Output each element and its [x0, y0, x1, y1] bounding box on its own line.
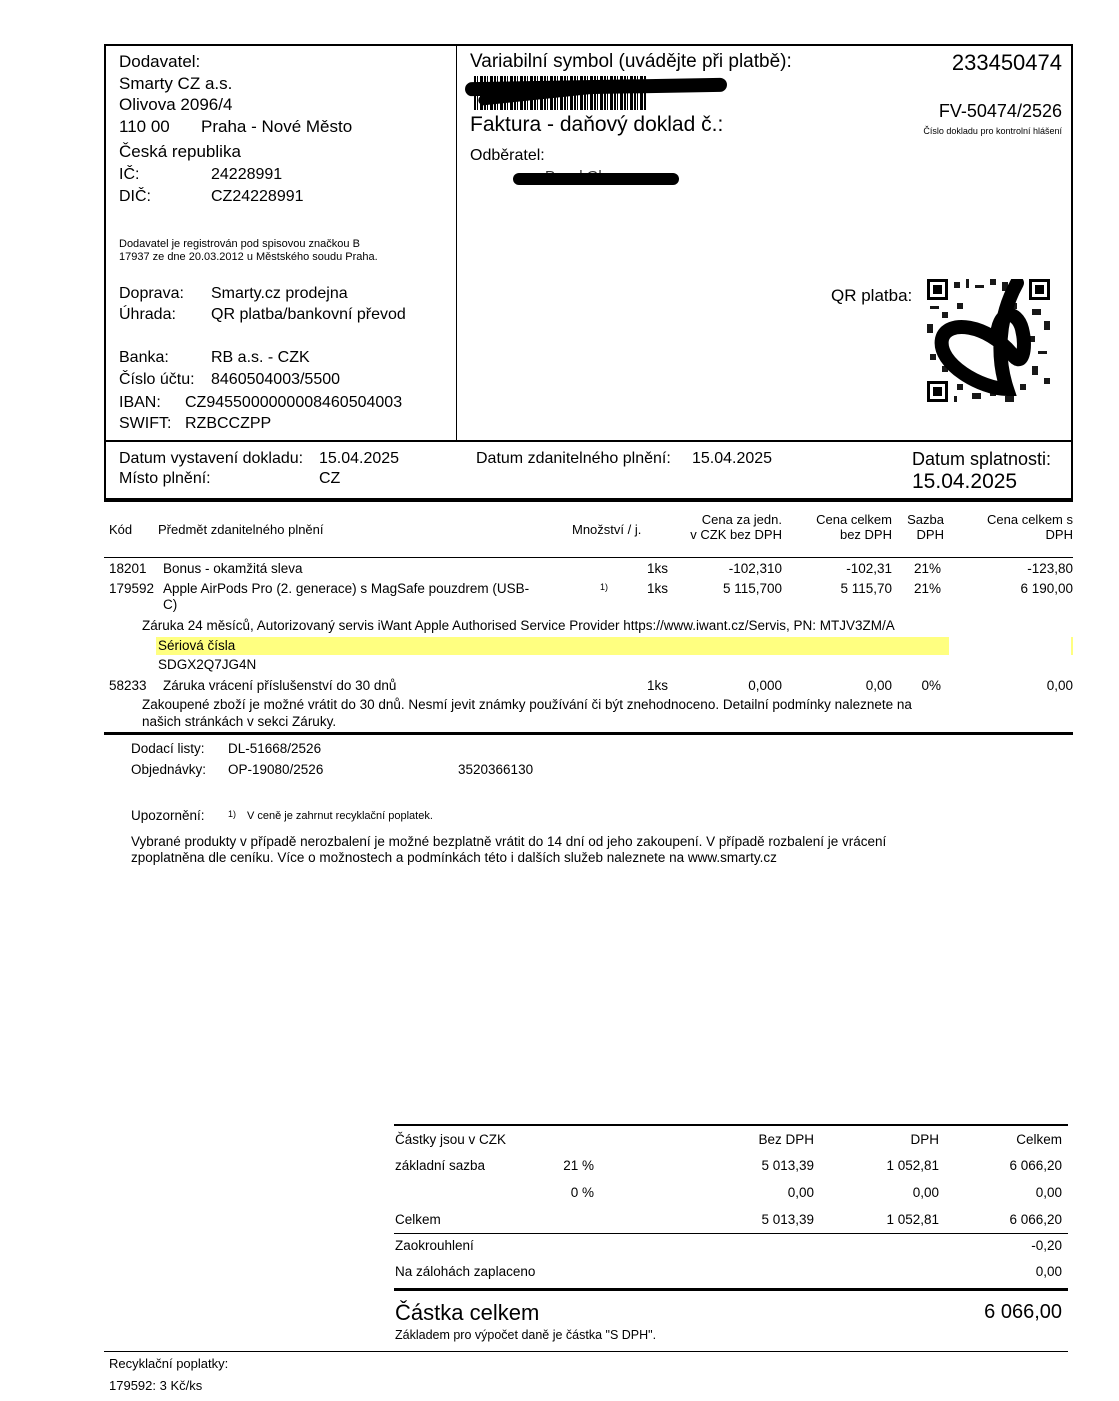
- item-vat: 0%: [921, 678, 941, 694]
- redaction-mark: [513, 173, 679, 185]
- taxable-date-label: Datum zdanitelného plnění:: [476, 449, 671, 468]
- delivery-value: Smarty.cz prodejna: [211, 285, 348, 303]
- place-value: CZ: [319, 469, 340, 488]
- due-date: 15.04.2025: [912, 469, 1017, 494]
- item-code: 58233: [109, 678, 147, 694]
- registration-line-1: Dodavatel je registrován pod spisovou zn…: [119, 238, 360, 251]
- serial-label: Sériová čísla: [158, 638, 235, 654]
- totals-top-rule: [394, 1124, 1068, 1126]
- recycling-line: 179592: 3 Kč/ks: [109, 1378, 202, 1394]
- due-date-label: Datum splatnosti:: [912, 448, 1051, 470]
- document-number: FV-50474/2526: [939, 100, 1062, 122]
- totals-col-vat: DPH: [910, 1132, 939, 1148]
- qr-label: QR platba:: [831, 286, 912, 306]
- supplier-name: Smarty CZ a.s.: [119, 73, 232, 95]
- item-total-net: 0,00: [866, 678, 892, 694]
- grand-total-label: Částka celkem: [395, 1300, 539, 1326]
- supplier-zip: 110 00: [119, 116, 170, 138]
- item-qty: 1ks: [647, 581, 668, 597]
- item-total-gross: -123,80: [1027, 561, 1073, 577]
- payment-value: QR platba/bankovní převod: [211, 306, 406, 324]
- payment-label: Úhrada:: [119, 306, 176, 324]
- supplier-label: Dodavatel:: [119, 51, 200, 73]
- serial-number: SDGX2Q7JG4N: [158, 657, 256, 673]
- item-total-gross: 0,00: [1047, 678, 1073, 694]
- col-total-net: Cena celkembez DPH: [816, 512, 892, 542]
- tax-basis-note: Základem pro výpočet daně je částka "S D…: [395, 1328, 656, 1343]
- item-unit-price: -102,310: [729, 561, 782, 577]
- item-total-net: 5 115,70: [840, 581, 892, 597]
- totals-col-net: Bez DPH: [758, 1132, 814, 1148]
- place-label: Místo plnění:: [119, 469, 211, 488]
- col-code: Kód: [109, 522, 132, 537]
- grand-total-value: 6 066,00: [984, 1300, 1062, 1324]
- col-subject: Předmět zdanitelného plnění: [158, 522, 324, 537]
- return-policy-line-1: Zakoupené zboží je možné vrátit do 30 dn…: [142, 697, 912, 713]
- swift-label: SWIFT:: [119, 415, 171, 433]
- dic-value: CZ24228991: [211, 188, 304, 206]
- orders-value: OP-19080/2526: [228, 762, 323, 778]
- totals-row-label: základní sazba: [395, 1158, 485, 1174]
- orders-label: Objednávky:: [131, 762, 206, 778]
- item-name-continuation: C): [163, 597, 177, 613]
- account-value: 8460504003/5500: [211, 371, 340, 389]
- issued-label: Datum vystavení dokladu:: [119, 449, 303, 468]
- col-vat-rate-line2: DPH: [917, 527, 944, 542]
- return-policy-line-2: našich stránkách v sekci Záruky.: [142, 714, 336, 730]
- col-vat-rate-line1: Sazba: [907, 512, 944, 527]
- item-unit-price: 0,000: [748, 678, 782, 694]
- col-total-gross-line2: DPH: [1046, 527, 1073, 542]
- col-unit-price-line2: v CZK bez DPH: [690, 527, 782, 542]
- col-total-gross: Cena celkem sDPH: [987, 512, 1073, 542]
- item-total-net: -102,31: [846, 561, 892, 577]
- totals-row-vat: 0,00: [913, 1185, 939, 1201]
- table-bottom-rule: [104, 732, 1073, 735]
- variable-symbol-value: 233450474: [952, 50, 1062, 76]
- header-divider-vertical: [456, 44, 457, 440]
- info-line-1: Vybrané produkty v případě nerozbalení j…: [131, 834, 886, 850]
- totals-row-total: 6 066,20: [1009, 1212, 1062, 1228]
- totals-row-vat: 1 052,81: [886, 1212, 939, 1228]
- item-unit-price: 5 115,700: [723, 581, 782, 597]
- ic-value: 24228991: [211, 166, 282, 184]
- item-name: Apple AirPods Pro (2. generace) s MagSaf…: [163, 581, 529, 597]
- totals-row-total: 6 066,20: [1009, 1158, 1062, 1174]
- notice-mark: 1): [228, 806, 236, 822]
- warranty-line: Záruka 24 měsíců, Autorizovaný servis iW…: [142, 618, 895, 634]
- notice-label: Upozornění:: [131, 808, 205, 824]
- document-number-note: Číslo dokladu pro kontrolní hlášení: [923, 126, 1062, 137]
- dic-label: DIČ:: [119, 188, 151, 206]
- document-label: Faktura - daňový doklad č.:: [470, 113, 723, 137]
- variable-symbol-label: Variabilní symbol (uvádějte při platbě):: [470, 51, 792, 73]
- totals-currency-note: Částky jsou v CZK: [395, 1132, 506, 1148]
- supplier-country: Česká republika: [119, 141, 241, 163]
- delivery-notes-label: Dodací listy:: [131, 741, 205, 757]
- totals-mid-rule: [394, 1233, 1068, 1234]
- registration-line-2: 17937 ze dne 20.03.2012 u Městského soud…: [119, 251, 378, 264]
- totals-row-net: 5 013,39: [761, 1158, 814, 1174]
- recycling-label: Recyklační poplatky:: [109, 1356, 228, 1372]
- item-code: 179592: [109, 581, 154, 597]
- totals-bottom-rule: [394, 1288, 1068, 1291]
- totals-row-label: Celkem: [395, 1212, 441, 1228]
- item-qty: 1ks: [647, 561, 668, 577]
- col-total-net-line1: Cena celkem: [816, 512, 892, 527]
- col-qty: Množství / j.: [572, 522, 641, 537]
- item-qty: 1ks: [647, 678, 668, 694]
- order-extra-number: 3520366130: [458, 762, 533, 778]
- qr-code: [927, 279, 1050, 402]
- rounding-label: Zaokrouhlení: [395, 1238, 474, 1254]
- delivery-label: Doprava:: [119, 285, 184, 303]
- totals-row-rate: 21 %: [563, 1158, 594, 1174]
- totals-row-net: 5 013,39: [761, 1212, 814, 1228]
- totals-row-rate: 0 %: [571, 1185, 594, 1201]
- info-line-2: zpoplatněna dle ceníku. Více o možnostec…: [131, 850, 777, 866]
- rounding-value: -0,20: [1031, 1238, 1062, 1254]
- table-header-rule: [104, 557, 1073, 558]
- footer-rule: [104, 1351, 1068, 1352]
- item-name: Bonus - okamžitá sleva: [163, 561, 303, 577]
- totals-row-vat: 1 052,81: [886, 1158, 939, 1174]
- serial-highlight: [156, 637, 949, 655]
- issued-date: 15.04.2025: [319, 449, 399, 468]
- item-name: Záruka vrácení příslušenství do 30 dnů: [163, 678, 396, 694]
- header-divider-horizontal: [104, 440, 1073, 442]
- item-vat: 21%: [914, 581, 941, 597]
- bank-label: Banka:: [119, 349, 169, 367]
- col-unit-price-line1: Cena za jedn.: [702, 512, 782, 527]
- account-label: Číslo účtu:: [119, 371, 195, 389]
- item-code: 18201: [109, 561, 147, 577]
- supplier-street: Olivova 2096/4: [119, 94, 232, 116]
- col-vat-rate: SazbaDPH: [907, 512, 944, 542]
- item-footnote-mark: 1): [600, 579, 608, 595]
- totals-col-total: Celkem: [1016, 1132, 1062, 1148]
- ic-label: IČ:: [119, 166, 139, 184]
- iban-label: IBAN:: [119, 394, 161, 412]
- supplier-city: Praha - Nové Město: [201, 116, 352, 138]
- bank-value: RB a.s. - CZK: [211, 349, 310, 367]
- iban-value: CZ9455000000008460504003: [185, 394, 402, 412]
- item-total-gross: 6 190,00: [1020, 581, 1073, 597]
- swift-value: RZBCCZPP: [185, 415, 271, 433]
- advances-value: 0,00: [1036, 1264, 1062, 1280]
- totals-row-total: 0,00: [1036, 1185, 1062, 1201]
- delivery-notes-value: DL-51668/2526: [228, 741, 321, 757]
- item-vat: 21%: [914, 561, 941, 577]
- col-unit-price: Cena za jedn.v CZK bez DPH: [690, 512, 782, 542]
- taxable-date: 15.04.2025: [692, 449, 772, 468]
- notice-text: V ceně je zahrnut recyklační poplatek.: [247, 808, 433, 824]
- col-total-net-line2: bez DPH: [840, 527, 892, 542]
- advances-label: Na zálohách zaplaceno: [395, 1264, 535, 1280]
- col-total-gross-line1: Cena celkem s: [987, 512, 1073, 527]
- totals-row-net: 0,00: [788, 1185, 814, 1201]
- customer-label: Odběratel:: [470, 146, 545, 166]
- serial-highlight-edge: [1071, 637, 1073, 655]
